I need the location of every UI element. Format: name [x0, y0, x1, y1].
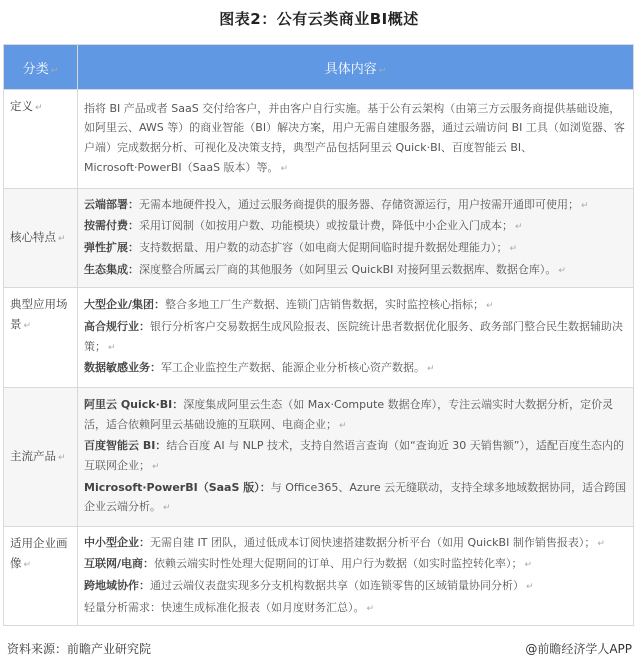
table-row: 主流产品↵ 阿里云 Quick·BI：深度集成阿里云生态（如 Max·Compu… — [4, 388, 634, 527]
table-row: 典型应用场景↵ 大型企业/集团：整合多地工厂生产数据、连锁门店销售数据，实时监控… — [4, 288, 634, 388]
return-mark-icon: ↵ — [152, 462, 160, 472]
list-item: 生态集成：深度整合所属云厂商的其他服务（如阿里云 QuickBI 对接阿里云数据… — [84, 260, 627, 282]
return-mark-icon: ↵ — [515, 222, 523, 232]
category-cell: 定义↵ — [4, 90, 78, 189]
return-mark-icon: ↵ — [281, 164, 289, 174]
list-item: 弹性扩展：支持数据量、用户数的动态扩容（如电商大促期间临时提升数据处理能力）；↵ — [84, 238, 627, 260]
content-cell: 指将 BI 产品或者 SaaS 交付给客户，并由客户自行实施。基于公有云架构（由… — [78, 90, 634, 189]
header-category: 分类↵ — [4, 45, 78, 90]
return-mark-icon: ↵ — [510, 244, 518, 254]
figure-title: 图表2：公有云类商业BI概述 — [0, 8, 638, 29]
content-cell: 阿里云 Quick·BI：深度集成阿里云生态（如 Max·Compute 数据仓… — [78, 388, 634, 527]
category-cell: 适用企业画像↵ — [4, 527, 78, 626]
return-mark-icon: ↵ — [108, 343, 116, 353]
category-cell: 主流产品↵ — [4, 388, 78, 527]
return-mark-icon: ↵ — [24, 321, 32, 331]
credit-note: @前瞻经济学人APP — [525, 640, 632, 657]
list-item: 高合规行业：银行分析客户交易数据生成风险报表、医院统计患者数据优化服务、政务部门… — [84, 317, 627, 358]
source-note: 资料来源：前瞻产业研究院 — [7, 640, 151, 657]
return-mark-icon: ↵ — [51, 66, 59, 76]
return-mark-icon: ↵ — [525, 560, 533, 570]
return-mark-icon: ↵ — [58, 453, 66, 463]
list-item: Microsoft·PowerBI（SaaS 版）：与 Office365、Az… — [84, 478, 627, 519]
content-cell: 云端部署：无需本地硬件投入，通过云服务商提供的服务器、存储资源运行，用户按需开通… — [78, 189, 634, 288]
return-mark-icon: ↵ — [558, 266, 566, 276]
return-mark-icon: ↵ — [163, 503, 171, 513]
return-mark-icon: ↵ — [35, 103, 43, 113]
return-mark-icon: ↵ — [58, 234, 66, 244]
list-item: 按需付费：采用订阅制（如按用户数、功能模块）或按量计费，降低中小企业入门成本；↵ — [84, 216, 627, 238]
list-item: 轻量分析需求：快速生成标准化报表（如月度财务汇总）。↵ — [84, 598, 627, 620]
list-item: 大型企业/集团：整合多地工厂生产数据、连锁门店销售数据，实时监控核心指标；↵ — [84, 295, 627, 317]
return-mark-icon: ↵ — [427, 364, 435, 374]
table-row: 适用企业画像↵ 中小型企业：无需自建 IT 团队，通过低成本订阅快速搭建数据分析… — [4, 527, 634, 626]
list-item: 阿里云 Quick·BI：深度集成阿里云生态（如 Max·Compute 数据仓… — [84, 395, 627, 436]
return-mark-icon: ↵ — [486, 301, 494, 311]
list-item: 百度智能云 BI：结合百度 AI 与 NLP 技术，支持自然语言查询（如“查询近… — [84, 436, 627, 477]
return-mark-icon: ↵ — [339, 421, 347, 431]
list-item: 互联网/电商：依赖云端实时性处理大促期间的订单、用户行为数据（如实时监控转化率）… — [84, 554, 627, 576]
content-cell: 中小型企业：无需自建 IT 团队，通过低成本订阅快速搭建数据分析平台（如用 Qu… — [78, 527, 634, 626]
list-item: 数据敏感业务：军工企业监控生产数据、能源企业分析核心资产数据。↵ — [84, 358, 627, 380]
table-header-row: 分类↵ 具体内容↵ — [4, 45, 634, 90]
return-mark-icon: ↵ — [581, 201, 589, 211]
list-item: 指将 BI 产品或者 SaaS 交付给客户，并由客户自行实施。基于公有云架构（由… — [84, 99, 627, 179]
list-item: 中小型企业：无需自建 IT 团队，通过低成本订阅快速搭建数据分析平台（如用 Qu… — [84, 533, 627, 555]
table-row: 核心特点↵ 云端部署：无需本地硬件投入，通过云服务商提供的服务器、存储资源运行，… — [4, 189, 634, 288]
category-cell: 典型应用场景↵ — [4, 288, 78, 388]
category-cell: 核心特点↵ — [4, 189, 78, 288]
table-row: 定义↵ 指将 BI 产品或者 SaaS 交付给客户，并由客户自行实施。基于公有云… — [4, 90, 634, 189]
header-content: 具体内容↵ — [78, 45, 634, 90]
list-item: 云端部署：无需本地硬件投入，通过云服务商提供的服务器、存储资源运行，用户按需开通… — [84, 195, 627, 217]
return-mark-icon: ↵ — [24, 560, 32, 570]
list-item: 跨地域协作：通过云端仪表盘实现多分支机构数据共享（如连锁零售的区域销量协同分析）… — [84, 576, 627, 598]
return-mark-icon: ↵ — [379, 66, 387, 76]
return-mark-icon: ↵ — [597, 539, 605, 549]
content-cell: 大型企业/集团：整合多地工厂生产数据、连锁门店销售数据，实时监控核心指标；↵ 高… — [78, 288, 634, 388]
return-mark-icon: ↵ — [367, 604, 375, 614]
bi-overview-table: 分类↵ 具体内容↵ 定义↵ 指将 BI 产品或者 SaaS 交付给客户，并由客户… — [3, 44, 634, 626]
return-mark-icon: ↵ — [526, 582, 534, 592]
